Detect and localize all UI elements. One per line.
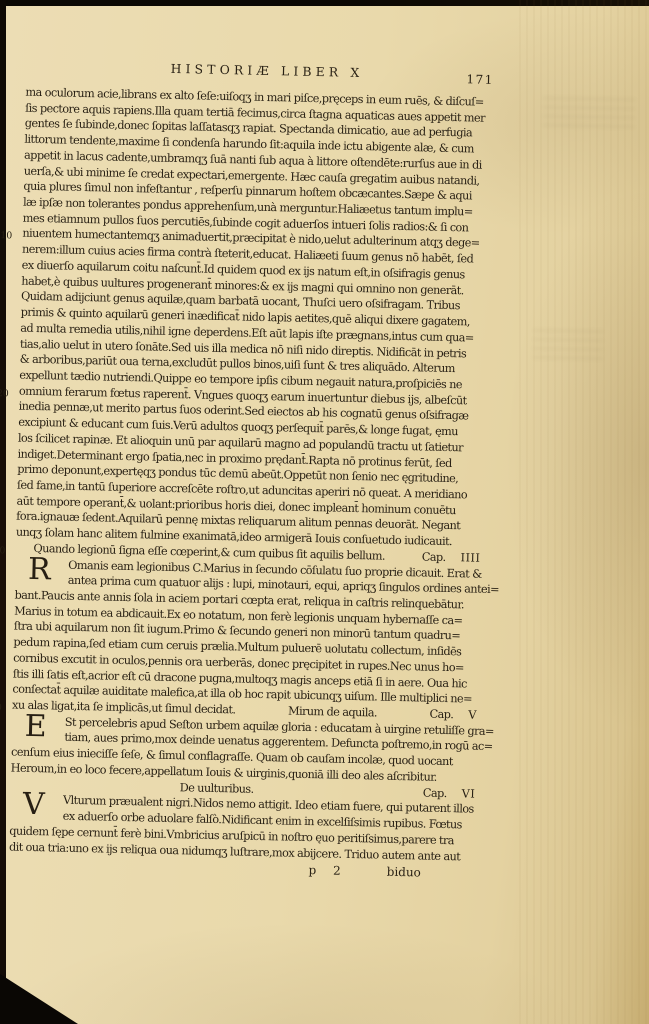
photo-left-edge bbox=[0, 0, 6, 1024]
paragraph-lines: bant.Paucis ante annis ſola in aciem por… bbox=[12, 588, 483, 724]
folio-line-number-20: 20 bbox=[0, 386, 9, 402]
signature-mark: p 2 bbox=[308, 862, 340, 879]
ink-showthrough-mark bbox=[533, 329, 604, 360]
photo-bottom-left-corner bbox=[0, 974, 78, 1024]
body-text: ma oculorum acie,librans ex alto ſeſe:ui… bbox=[9, 85, 494, 865]
paragraph-lines: ma oculorum acie,librans ex alto ſeſe:ui… bbox=[15, 85, 493, 567]
chapter-title: De uulturibus. bbox=[180, 780, 254, 797]
chapter-label: Cap. bbox=[422, 549, 446, 565]
chapter-caption: Cap.IIII bbox=[422, 549, 484, 566]
chapter-number: V bbox=[468, 708, 477, 724]
text-block: HISTORIÆ LIBER X 171 ma oculorum acie,li… bbox=[8, 59, 494, 882]
chapter-label: Cap. bbox=[429, 707, 453, 723]
page-number: 171 bbox=[466, 72, 494, 87]
chapter-caption: Cap.V bbox=[429, 707, 480, 724]
catchword: biduo bbox=[387, 864, 421, 881]
chapter-caption: Cap.VI bbox=[423, 785, 479, 802]
running-title: HISTORIÆ LIBER X bbox=[157, 62, 364, 81]
chapter-label: Cap. bbox=[423, 785, 447, 801]
folio-line-number-40: 40 bbox=[0, 700, 2, 716]
chapter-title: Mirum de aquila. bbox=[288, 704, 377, 722]
ink-showthrough-mark bbox=[543, 97, 636, 135]
photo-top-edge bbox=[0, 0, 649, 6]
folio-line-number-30: 30 bbox=[0, 543, 6, 559]
folio-line-number-10: 10 bbox=[0, 229, 12, 245]
book-page-photo: HISTORIÆ LIBER X 171 ma oculorum acie,li… bbox=[0, 0, 649, 1024]
chapter-number: IIII bbox=[460, 550, 480, 566]
chapter-number: VI bbox=[461, 786, 475, 802]
paper-texture bbox=[519, 0, 649, 1024]
